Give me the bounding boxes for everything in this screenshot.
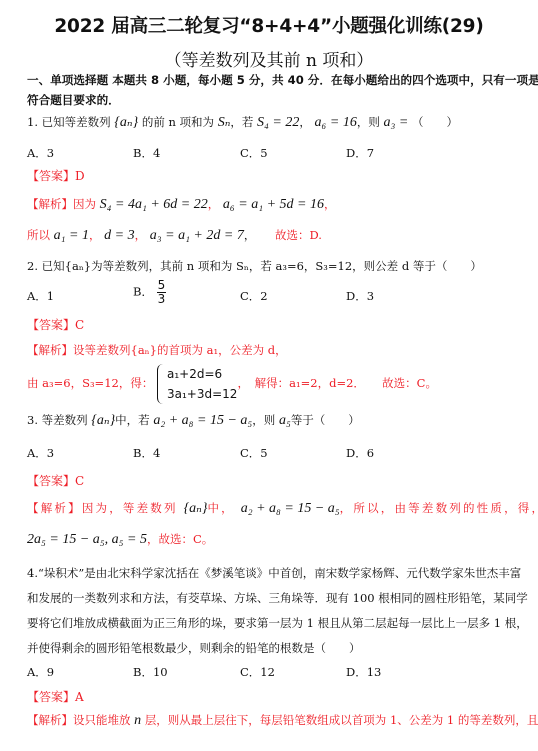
section-instructions-line-1: 一、单项选择题 本题共 8 小题，每小题 5 分，共 40 分．在每小题给出的四… [27, 72, 538, 88]
q2-answer: 【答案】C [27, 316, 84, 333]
equation-system: a₁+2d=6 3a₁+3d=12 [157, 364, 237, 404]
q4-option-c[interactable]: C．12 [240, 664, 275, 680]
q1-answer: 【答案】D [27, 167, 85, 184]
q1-option-d[interactable]: D．7 [346, 145, 374, 161]
q3-option-a[interactable]: A．3 [27, 445, 54, 461]
q3-analysis-line-1: 【解析】因为，等差数列 {aₙ}中， a₂ + a₈ = 15 − a₅，所以，… [27, 500, 538, 517]
q4-answer: 【答案】A [27, 688, 84, 705]
q1-option-b[interactable]: B．4 [133, 145, 160, 161]
q3-answer: 【答案】C [27, 472, 84, 489]
q4-option-d[interactable]: D．13 [346, 664, 381, 680]
q4-option-a[interactable]: A．9 [27, 664, 54, 680]
question-1-stem: 1. 已知等差数列 {aₙ} 的前 n 项和为 Sₙ，若 S₄ = 22， a₆… [27, 114, 458, 131]
question-4-stem-line-3: 要将它们堆放成横截面为正三角形的垛，要求第一层为 1 根且从第二层起每一层比上一… [27, 615, 528, 631]
q3-option-c[interactable]: C．5 [240, 445, 268, 461]
q2-analysis-line-2: 由 a₃=6，S₃=12，得： a₁+2d=6 3a₁+3d=12 ， 解得：a… [27, 364, 437, 404]
q2-analysis-line-1: 【解析】设等差数列{aₙ}的首项为 a₁，公差为 d， [27, 342, 287, 358]
question-4-stem-line-1: 4.“垛积术”是由北宋科学家沈括在《梦溪笔谈》中首创，南宋数学家杨辉、元代数学家… [27, 565, 521, 581]
q4-analysis-line-1: 【解析】设只能堆放 n 层，则从最上层往下，每层铅笔数组成以首项为 1、公差为 … [27, 712, 538, 729]
q3-option-d[interactable]: D．6 [346, 445, 374, 461]
q2-option-d[interactable]: D．3 [346, 288, 374, 304]
question-2-stem: 2. 已知{aₙ}为等差数列，其前 n 项和为 Sₙ，若 a₃=6，S₃=12，… [27, 258, 482, 274]
q4-option-b[interactable]: B．10 [133, 664, 168, 680]
question-4-stem-line-2: 和发展的一类数列求和方法，有茭草垛、方垛、三角垛等．现有 100 根相同的圆柱形… [27, 590, 528, 606]
q3-option-b[interactable]: B．4 [133, 445, 160, 461]
q1-analysis-line-1: 【解析】因为 S₄ = 4a₁ + 6d = 22， a₆ = a₁ + 5d … [27, 196, 335, 213]
q1-analysis-line-2: 所以 a₁ = 1， d = 3， a₃ = a₁ + 2d = 7， 故选：D… [27, 227, 322, 244]
page-subtitle: （等差数列及其前 n 项和） [0, 46, 538, 71]
section-instructions-line-2: 符合题目要求的． [27, 92, 120, 108]
q3-analysis-line-2: 2a₅ = 15 − a₅, a₅ = 5，故选：C。 [27, 531, 213, 548]
question-3-stem: 3. 等差数列 {aₙ}中，若 a₂ + a₈ = 15 − a₅，则 a₅等于… [27, 412, 360, 429]
q2-option-a[interactable]: A．1 [27, 288, 54, 304]
left-brace [157, 364, 164, 404]
page-title: 2022 届高三二轮复习“8+4+4”小题强化训练(29) [0, 12, 538, 38]
fraction-five-thirds: 5 3 [157, 279, 167, 306]
q1-option-c[interactable]: C．5 [240, 145, 268, 161]
q2-option-b[interactable]: B． 5 3 [133, 279, 166, 306]
q2-option-c[interactable]: C．2 [240, 288, 268, 304]
question-4-stem-line-4: 并使得剩余的圆形铅笔根数最少，则剩余的铅笔的根数是（ ） [27, 640, 361, 656]
q1-option-a[interactable]: A．3 [27, 145, 54, 161]
